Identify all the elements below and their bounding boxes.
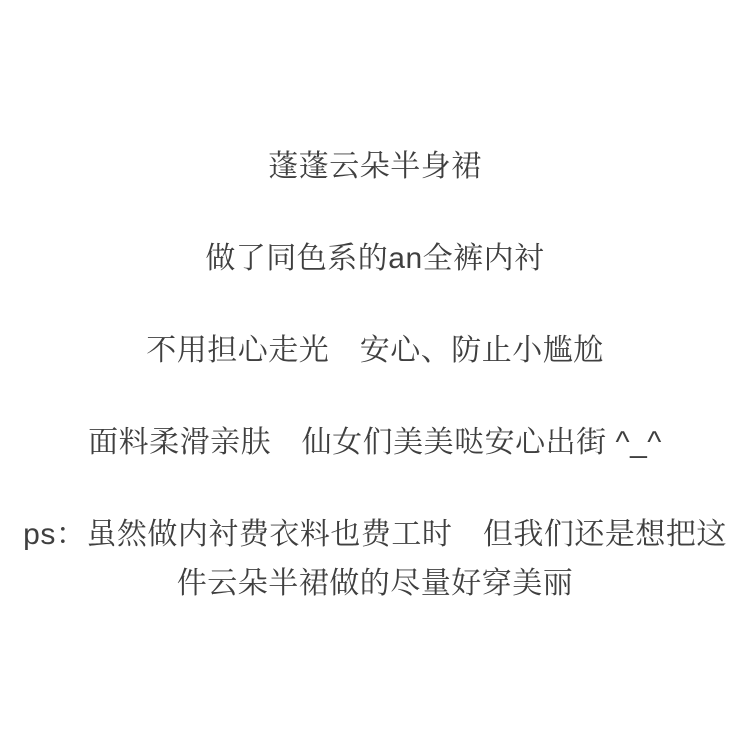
product-description-page: 蓬蓬云朵半身裙 做了同色系的an全裤内衬 不用担心走光 安心、防止小尴尬 面料柔… xyxy=(0,0,750,750)
product-title: 蓬蓬云朵半身裙 xyxy=(0,142,750,192)
ps-note-line-2: 件云朵半裙做的尽量好穿美丽 xyxy=(0,559,750,608)
description-text-block: 蓬蓬云朵半身裙 做了同色系的an全裤内衬 不用担心走光 安心、防止小尴尬 面料柔… xyxy=(0,142,750,608)
feature-line-fabric: 面料柔滑亲肤 仙女们美美哒安心出街 ^_^ xyxy=(0,418,750,468)
ps-note-line-1: ps：虽然做内衬费衣料也费工时 但我们还是想把这 xyxy=(0,510,750,559)
ps-note: ps：虽然做内衬费衣料也费工时 但我们还是想把这 件云朵半裙做的尽量好穿美丽 xyxy=(0,510,750,608)
feature-line-safety: 不用担心走光 安心、防止小尴尬 xyxy=(0,326,750,376)
feature-line-lining: 做了同色系的an全裤内衬 xyxy=(0,234,750,284)
